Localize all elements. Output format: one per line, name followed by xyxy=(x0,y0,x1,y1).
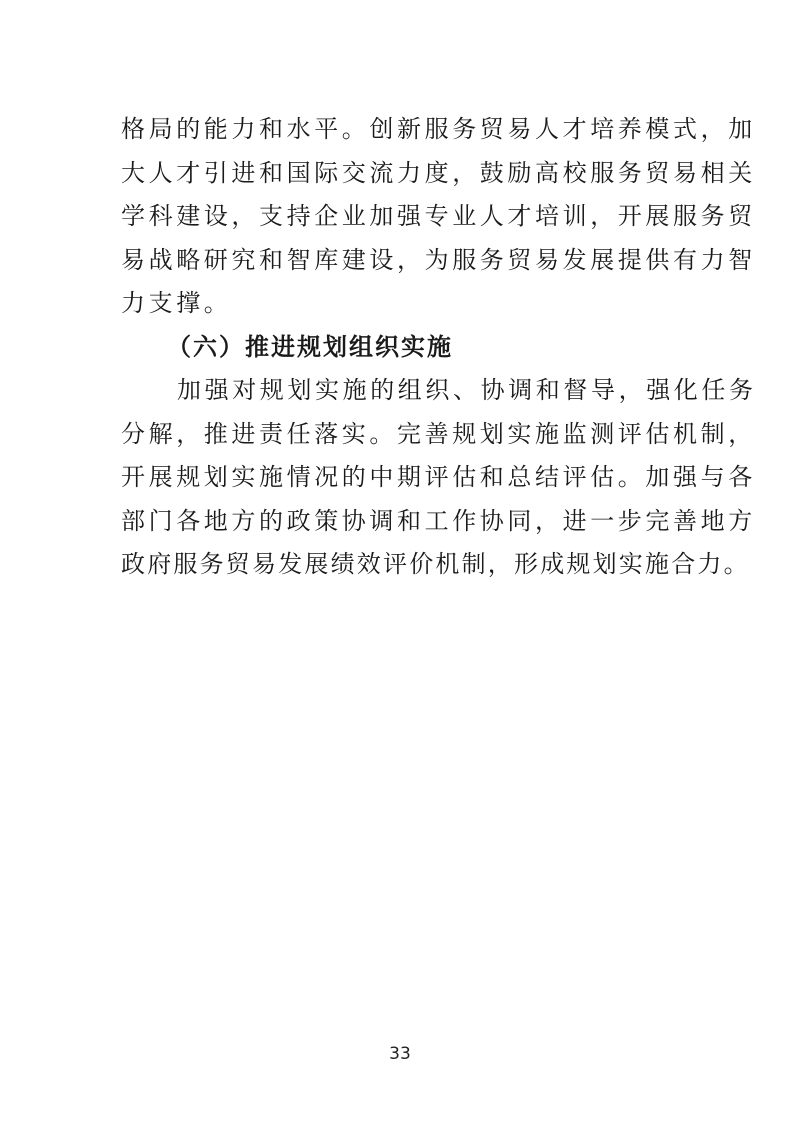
text-line: 大人才引进和国际交流力度，鼓励高校服务贸易相关 xyxy=(121,152,681,196)
text-line: 开展规划实施情况的中期评估和总结评估。加强与各 xyxy=(121,456,681,500)
text-line: 分解，推进责任落实。完善规划实施监测评估机制， xyxy=(121,413,681,457)
text-line: 易战略研究和智库建设，为服务贸易发展提供有力智 xyxy=(121,239,681,283)
section-heading: （六）推进规划组织实施 xyxy=(121,326,681,370)
document-page: 格局的能力和水平。创新服务贸易人才培养模式，加 大人才引进和国际交流力度，鼓励高… xyxy=(121,108,681,587)
text-line: 学科建设，支持企业加强专业人才培训，开展服务贸 xyxy=(121,195,681,239)
text-line: 加强对规划实施的组织、协调和督导，强化任务 xyxy=(121,369,681,413)
text-line: 格局的能力和水平。创新服务贸易人才培养模式，加 xyxy=(121,108,681,152)
page-number: 33 xyxy=(0,1044,800,1064)
paragraph-section: 加强对规划实施的组织、协调和督导，强化任务 分解，推进责任落实。完善规划实施监测… xyxy=(121,369,681,587)
text-line: 政府服务贸易发展绩效评价机制，形成规划实施合力。 xyxy=(121,543,681,587)
text-line: 部门各地方的政策协调和工作协同，进一步完善地方 xyxy=(121,500,681,544)
paragraph-continued: 格局的能力和水平。创新服务贸易人才培养模式，加 大人才引进和国际交流力度，鼓励高… xyxy=(121,108,681,326)
text-line: 力支撑。 xyxy=(121,282,681,326)
